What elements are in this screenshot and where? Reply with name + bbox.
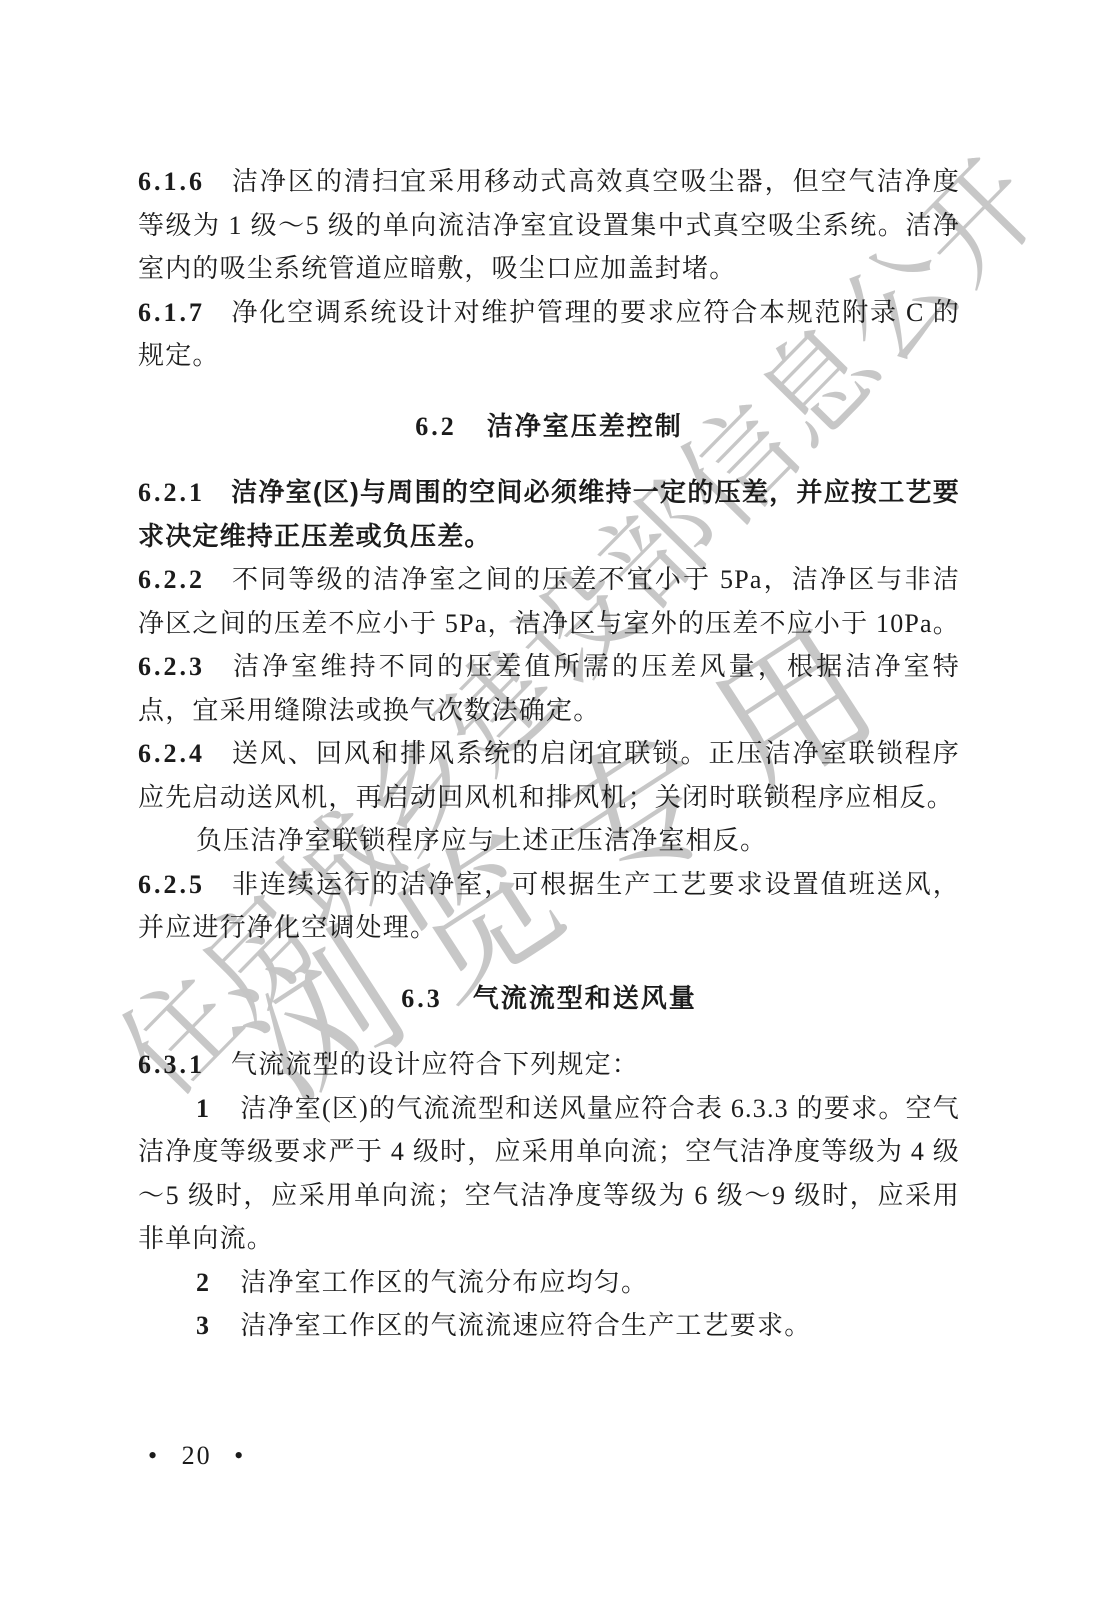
clause-text: 洁净区的清扫宜采用移动式高效真空吸尘器，但空气洁净度等级为 1 级～5 级的单向… [138,167,960,283]
document-page: 住房城乡建设部信息公开 浏览专用 6.1.6洁净区的清扫宜采用移动式高效真空吸尘… [0,0,1099,1598]
item-number: 2 [196,1268,240,1297]
clause-number: 6.1.6 [138,167,231,196]
section-heading-6-2: 6.2洁净室压差控制 [138,405,960,449]
clause-6-1-7: 6.1.7净化空调系统设计对维护管理的要求应符合本规范附录 C 的规定。 [138,291,960,378]
item-number: 3 [196,1311,240,1340]
item-text: 洁净室工作区的气流分布应均匀。 [240,1268,648,1297]
list-item-2: 2洁净室工作区的气流分布应均匀。 [138,1261,960,1305]
item-number: 1 [196,1094,240,1123]
clause-6-1-6: 6.1.6洁净区的清扫宜采用移动式高效真空吸尘器，但空气洁净度等级为 1 级～5… [138,160,960,291]
item-text: 洁净室工作区的气流流速应符合生产工艺要求。 [240,1311,811,1340]
section-number: 6.3 [401,984,443,1013]
section-title: 气流流型和送风量 [473,983,697,1013]
clause-number: 6.3.1 [138,1050,231,1079]
clause-text: 净化空调系统设计对维护管理的要求应符合本规范附录 C 的规定。 [138,298,960,371]
clause-number: 6.2.4 [138,739,231,768]
clause-number: 6.1.7 [138,298,231,327]
clause-6-2-3: 6.2.3洁净室维持不同的压差值所需的压差风量，根据洁净室特点，宜采用缝隙法或换… [138,645,960,732]
clause-number: 6.2.1 [138,478,231,507]
section-title: 洁净室压差控制 [487,411,683,441]
page-number: • 20 • [148,1440,245,1472]
clause-6-2-1: 6.2.1洁净室(区)与周围的空间必须维持一定的压差，并应按工艺要求决定维持正压… [138,471,960,558]
clause-text: 不同等级的洁净室之间的压差不宜小于 5Pa，洁净区与非洁净区之间的压差不应小于 … [138,565,960,638]
clause-number: 6.2.5 [138,870,231,899]
page-body: 6.1.6洁净区的清扫宜采用移动式高效真空吸尘器，但空气洁净度等级为 1 级～5… [138,160,960,1348]
list-item-3: 3洁净室工作区的气流流速应符合生产工艺要求。 [138,1304,960,1348]
clause-6-2-4-paragraph-2: 负压洁净室联锁程序应与上述正压洁净室相反。 [138,819,960,863]
clause-text: 洁净室维持不同的压差值所需的压差风量，根据洁净室特点，宜采用缝隙法或换气次数法确… [138,652,960,725]
clause-6-2-4: 6.2.4送风、回风和排风系统的启闭宜联锁。正压洁净室联锁程序应先启动送风机，再… [138,732,960,819]
clause-text: 非连续运行的洁净室，可根据生产工艺要求设置值班送风，并应进行净化空调处理。 [138,870,960,943]
clause-number: 6.2.2 [138,565,231,594]
section-number: 6.2 [415,412,457,441]
section-heading-6-3: 6.3气流流型和送风量 [138,977,960,1021]
clause-text: 洁净室(区)与周围的空间必须维持一定的压差，并应按工艺要求决定维持正压差或负压差… [138,477,960,551]
clause-text: 送风、回风和排风系统的启闭宜联锁。正压洁净室联锁程序应先启动送风机，再启动回风机… [138,739,960,812]
clause-text: 气流流型的设计应符合下列规定： [231,1050,639,1079]
clause-6-2-2: 6.2.2不同等级的洁净室之间的压差不宜小于 5Pa，洁净区与非洁净区之间的压差… [138,558,960,645]
clause-6-3-1: 6.3.1气流流型的设计应符合下列规定： [138,1043,960,1087]
clause-number: 6.2.3 [138,652,231,681]
clause-6-2-5: 6.2.5非连续运行的洁净室，可根据生产工艺要求设置值班送风，并应进行净化空调处… [138,863,960,950]
list-item-1: 1洁净室(区)的气流流型和送风量应符合表 6.3.3 的要求。空气洁净度等级要求… [138,1087,960,1261]
item-text: 洁净室(区)的气流流型和送风量应符合表 6.3.3 的要求。空气洁净度等级要求严… [138,1094,960,1254]
